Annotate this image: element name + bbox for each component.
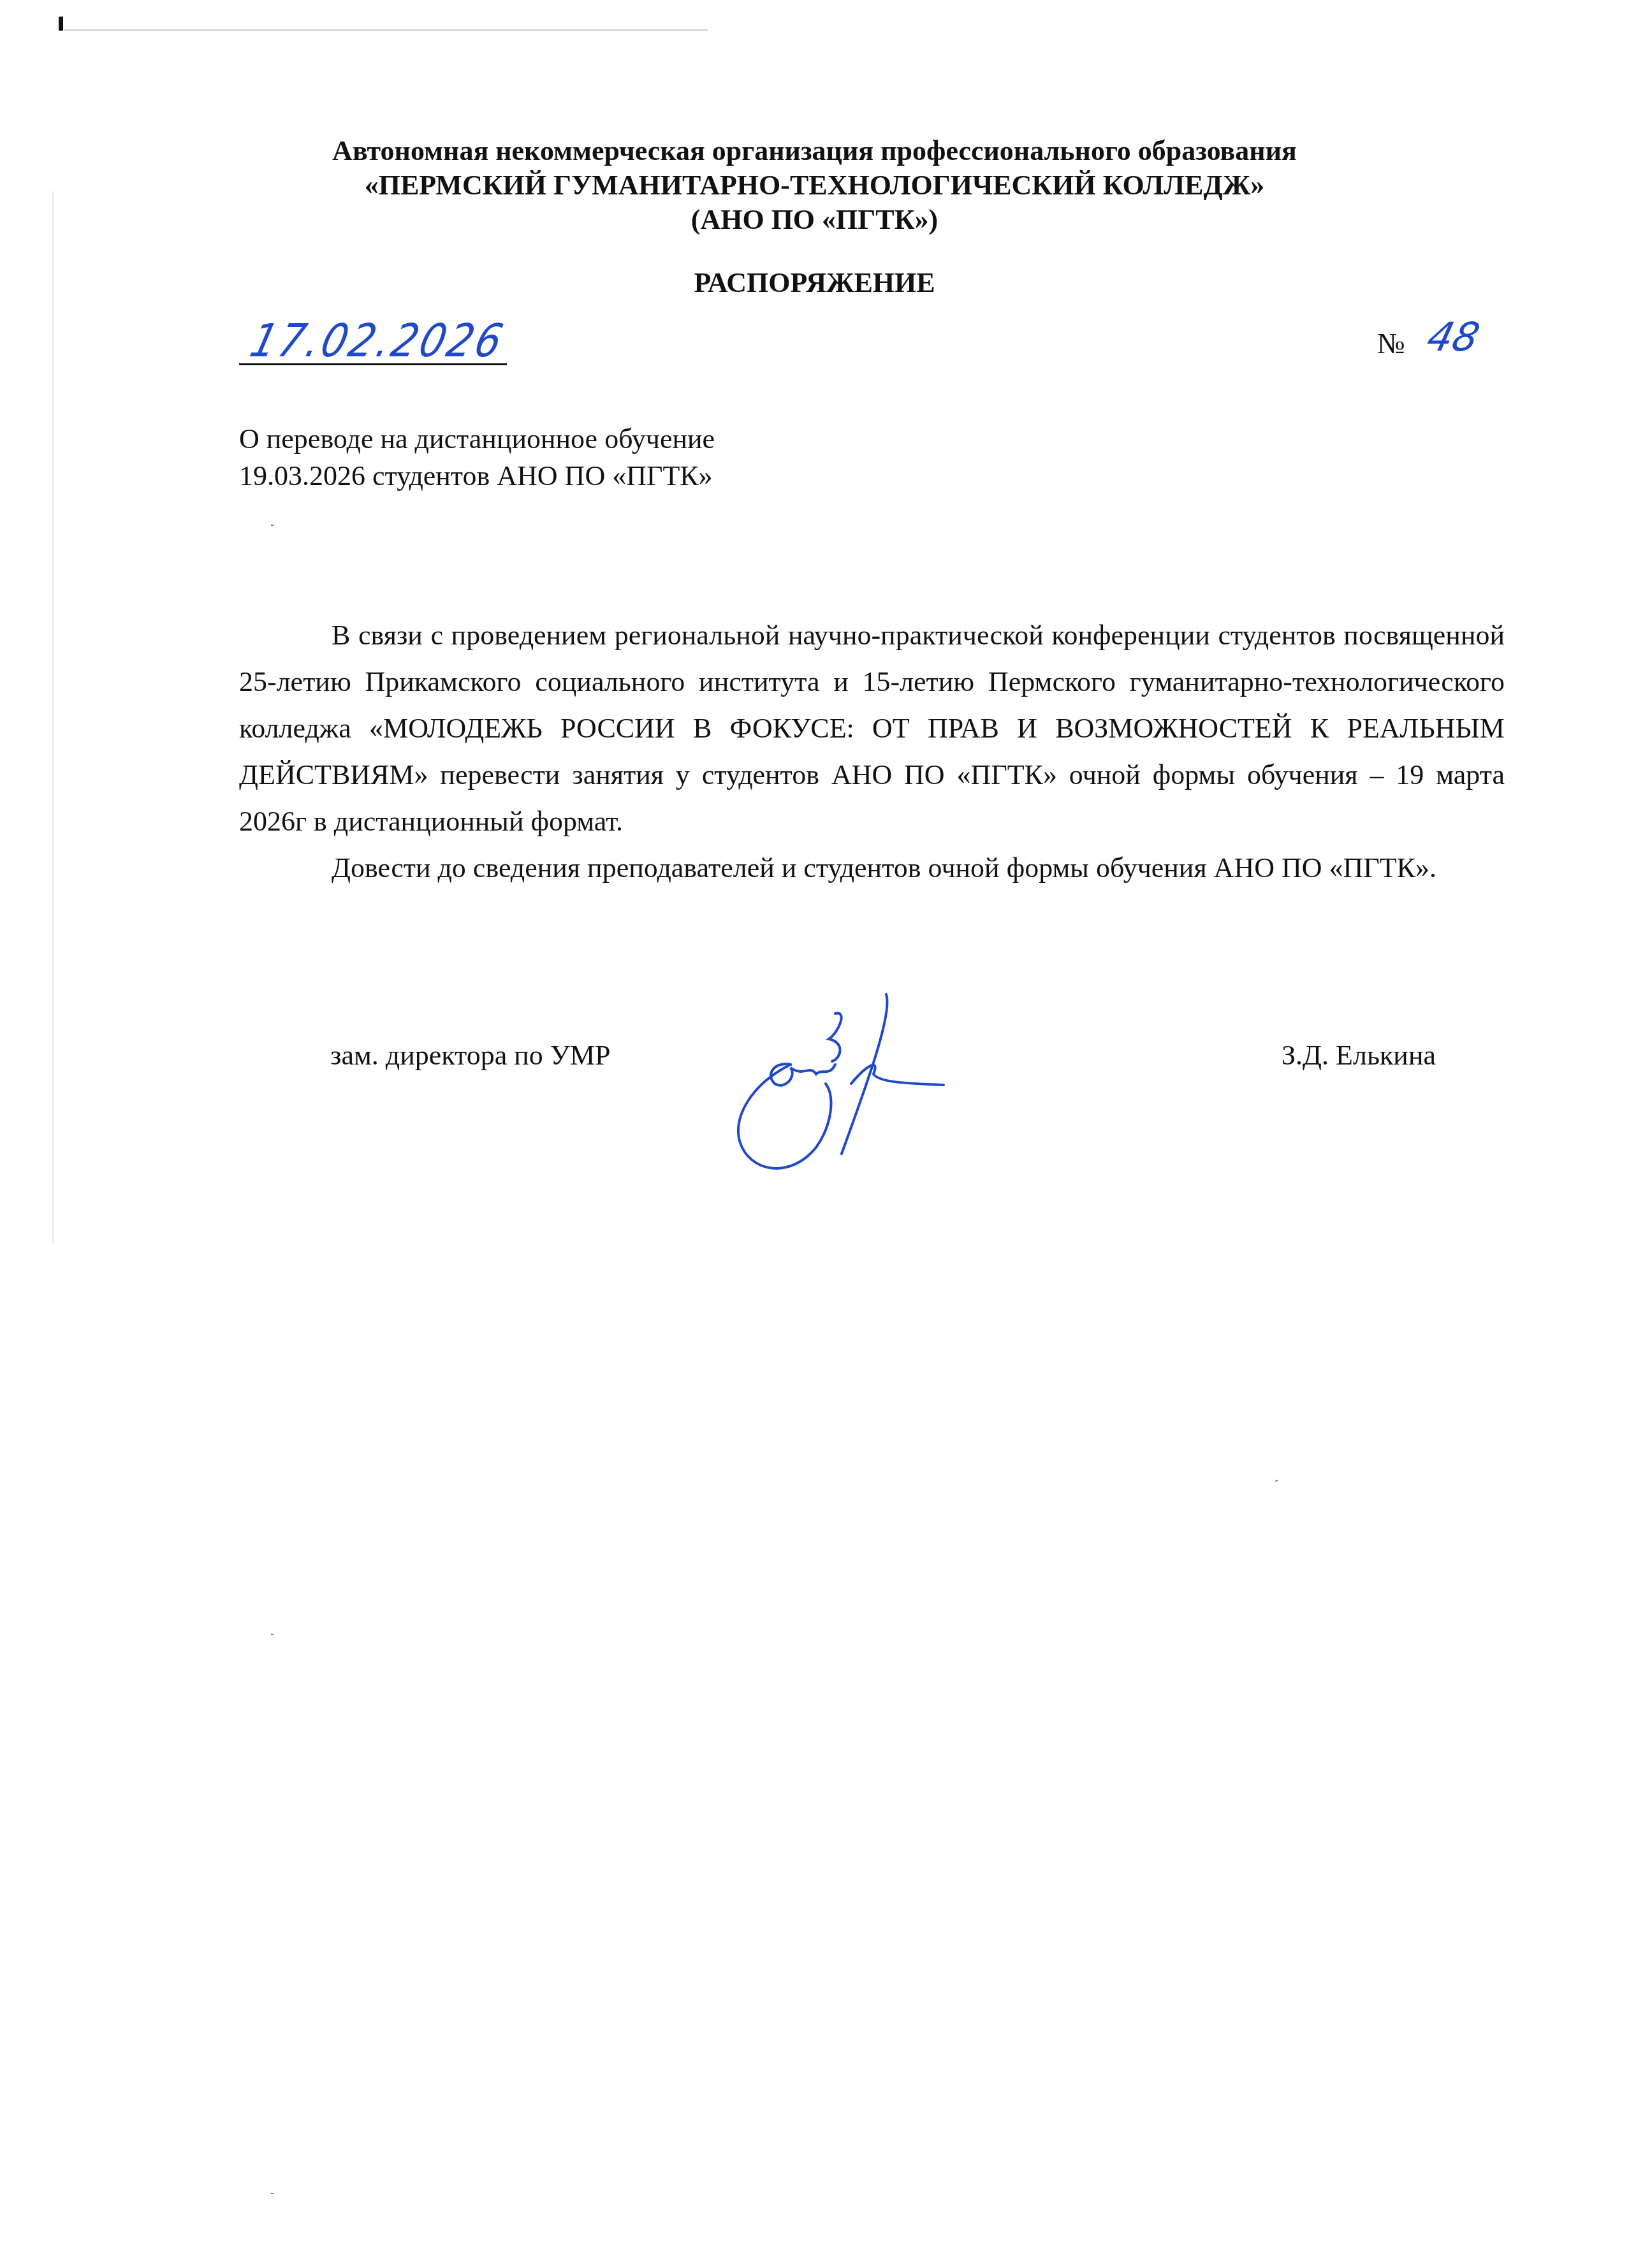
scan-speck bbox=[271, 525, 274, 526]
document-body: В связи с проведением региональной научн… bbox=[239, 612, 1505, 891]
signatory-position: зам. директора по УМР bbox=[330, 1039, 610, 1072]
number-sign: № bbox=[1377, 326, 1405, 360]
scan-speck bbox=[271, 1634, 274, 1635]
org-college-name: «ПЕРМСКИЙ ГУМАНИТАРНО-ТЕХНОЛОГИЧЕСКИЙ КО… bbox=[0, 168, 1629, 203]
org-short-name: (АНО ПО «ПГТК») bbox=[0, 203, 1629, 237]
scan-artifact-line bbox=[64, 29, 708, 31]
document-date-field: 17.02.2026 bbox=[239, 312, 507, 365]
handwritten-signature-icon bbox=[714, 988, 1020, 1192]
scan-speck bbox=[1275, 1479, 1278, 1482]
subject-line: О переводе на дистанционное обучение bbox=[239, 421, 715, 458]
document-date: 17.02.2026 bbox=[245, 314, 511, 368]
organization-header: Автономная некоммерческая организация пр… bbox=[0, 134, 1629, 237]
subject-line: 19.03.2026 студентов АНО ПО «ПГТК» bbox=[239, 458, 715, 495]
document-type: РАСПОРЯЖЕНИЕ bbox=[0, 266, 1629, 299]
body-paragraph: Довести до сведения преподавателей и сту… bbox=[239, 845, 1505, 891]
scan-speck bbox=[271, 2193, 274, 2194]
document-number: 48 bbox=[1422, 314, 1484, 360]
body-paragraph: В связи с проведением региональной научн… bbox=[239, 612, 1505, 845]
signature-block: зам. директора по УМР З.Д. Елькина bbox=[0, 1014, 1629, 1205]
signatory-name: З.Д. Елькина bbox=[1282, 1039, 1436, 1072]
org-full-name: Автономная некоммерческая организация пр… bbox=[0, 134, 1629, 168]
scan-artifact-mark bbox=[59, 17, 63, 31]
document-subject: О переводе на дистанционное обучение 19.… bbox=[239, 421, 715, 495]
